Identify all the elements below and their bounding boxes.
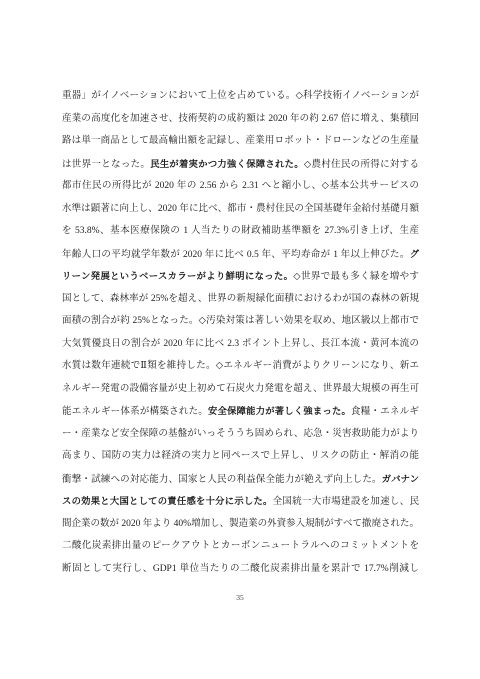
text-run: 都市住民の所得比が 2020 年の 2.56 から 2.31 へと縮小し、◇基本… — [62, 181, 419, 191]
text-line: 路は単一商品として最高輸出額を記録し、産業用ロボット・ドローンなどの生産量 — [62, 130, 419, 153]
text-line: は世界一となった。民生が着実かつ力強く保障された。◇農村住民の所得に対する — [62, 153, 419, 176]
text-run: 水質は数年連続でⅡ類を維持した。◇エネルギー消費がよりクリーンになり、新エ — [62, 361, 419, 371]
text-line: ネルギー発電の設備容量が史上初めて石炭火力発電を超え、世界最大規模の再生可 — [62, 378, 419, 401]
text-run: 大気質優良日の割合が 2020 年に比べ 2.3 ポイント上昇し、長江本流・黄河… — [62, 339, 419, 349]
text-line: 年齢人口の平均就学年数が 2020 年に比べ 0.5 年、平均寿命が 1 年以上… — [62, 243, 419, 266]
text-run: を 53.8%、基本医療保険の 1 人当たりの財政補助基準額を 27.3%引き上… — [62, 226, 419, 236]
text-line: 大気質優良日の割合が 2020 年に比べ 2.3 ポイント上昇し、長江本流・黄河… — [62, 333, 419, 356]
text-run: 間企業の数が 2020 年より 40%増加し、製造業の外資参入規制がすべて撤廃さ… — [62, 519, 419, 529]
text-line: 重器」がイノベーションにおいて上位を占めている。◇科学技術イノベーションが — [62, 85, 419, 108]
text-run: 年齢人口の平均就学年数が 2020 年に比べ 0.5 年、平均寿命が 1 年以上… — [62, 250, 410, 260]
text-run: 食糧・エネルギ — [351, 407, 419, 417]
text-line: 能エネルギー体系が構築された。安全保障能力が著しく強まった。食糧・エネルギ — [62, 400, 419, 423]
text-line: ー・産業など安全保障の基盤がいっそううち固められ、応急・災害救助能力がより — [62, 423, 419, 446]
text-run: 高まり、国防の実力は経済の実力と同ペースで上昇し、リスクの防止・解消の能力、 — [62, 451, 419, 468]
text-run: 面積の割合が約 25%となった。◇汚染対策は著しい効果を収め、地区級以上都市で — [62, 316, 419, 326]
text-line: リーン発展というベースカラーがより鮮明になった。◇世界で最も多く緑を増やす — [62, 265, 419, 288]
text-line: 国として、森林率が 25%を超え、世界の新規緑化面積におけるわが国の森林の新規 — [62, 288, 419, 311]
text-run: 断固として実行し、GDP1 単位当たりの二酸化炭素排出量を累計で 17.7%削減… — [62, 564, 419, 581]
emphasis-text-run: グ — [410, 249, 419, 259]
text-line: 高まり、国防の実力は経済の実力と同ペースで上昇し、リスクの防止・解消の能力、 — [62, 445, 419, 468]
text-line: を 53.8%、基本医療保険の 1 人当たりの財政補助基準額を 27.3%引き上… — [62, 220, 419, 243]
text-line: 間企業の数が 2020 年より 40%増加し、製造業の外資参入規制がすべて撤廃さ… — [62, 513, 419, 536]
text-run: 全国統一大市場建設を加速し、民 — [273, 497, 419, 507]
text-run: ネルギー発電の設備容量が史上初めて石炭火力発電を超え、世界最大規模の再生可 — [62, 384, 419, 394]
text-run: ◇世界で最も多く緑を増やす — [293, 272, 419, 282]
text-line: 断固として実行し、GDP1 単位当たりの二酸化炭素排出量を累計で 17.7%削減… — [62, 558, 419, 581]
text-run: 二酸化炭素排出量のピークアウトとカーボンニュートラルへのコミットメントを — [62, 541, 419, 551]
text-line: 二酸化炭素排出量のピークアウトとカーボンニュートラルへのコミットメントを — [62, 535, 419, 558]
text-run: 国として、森林率が 25%を超え、世界の新規緑化面積におけるわが国の森林の新規 — [62, 294, 419, 304]
text-line: 面積の割合が約 25%となった。◇汚染対策は著しい効果を収め、地区級以上都市で — [62, 310, 419, 333]
text-run: 路は単一商品として最高輸出額を記録し、産業用ロボット・ドローンなどの生産量 — [62, 136, 419, 146]
text-line: スの効果と大国としての責任感を十分に示した。全国統一大市場建設を加速し、民 — [62, 490, 419, 513]
emphasis-text-run: リーン発展というベースカラーがより鮮明になった。 — [62, 271, 293, 281]
text-run: は世界一となった。 — [62, 160, 150, 170]
text-line: 都市住民の所得比が 2020 年の 2.56 から 2.31 へと縮小し、◇基本… — [62, 175, 419, 198]
text-line: 水質は数年連続でⅡ類を維持した。◇エネルギー消費がよりクリーンになり、新エ — [62, 355, 419, 378]
text-line: 産業の高度化を加速させ、技術契約の成約額は 2020 年の約 2.67 倍に増え… — [62, 108, 419, 131]
page-number: 35 — [0, 593, 480, 602]
emphasis-text-run: 民生が着実かつ力強く保障された。 — [150, 159, 304, 169]
emphasis-text-run: スの効果と大国としての責任感を十分に示した。 — [62, 496, 273, 506]
text-run: ◇農村住民の所得に対する — [304, 160, 419, 170]
text-run: 重器」がイノベーションにおいて上位を占めている。◇科学技術イノベーションが — [62, 91, 419, 101]
paragraph-block: 重器」がイノベーションにおいて上位を占めている。◇科学技術イノベーションが産業の… — [62, 85, 419, 580]
text-run: ー・産業など安全保障の基盤がいっそううち固められ、応急・災害救助能力がより — [62, 429, 419, 439]
text-run: 水準は顕著に向上し、2020 年に比べ、都市・農村住民の全国基礎年金給付基礎月額 — [62, 204, 419, 214]
text-line: 衝撃・試練への対応能力、国家と人民の利益保全能力が絶えず向上した。ガバナン — [62, 468, 419, 491]
text-line: 水準は顕著に向上し、2020 年に比べ、都市・農村住民の全国基礎年金給付基礎月額 — [62, 198, 419, 221]
text-run: 衝撃・試練への対応能力、国家と人民の利益保全能力が絶えず向上した。 — [62, 475, 382, 485]
emphasis-text-run: 安全保障能力が著しく強まった。 — [208, 406, 351, 416]
text-run: 産業の高度化を加速させ、技術契約の成約額は 2020 年の約 2.67 倍に増え… — [62, 114, 419, 124]
document-page: 重器」がイノベーションにおいて上位を占めている。◇科学技術イノベーションが産業の… — [0, 0, 480, 679]
emphasis-text-run: ガバナン — [382, 474, 419, 484]
text-run: 能エネルギー体系が構築された。 — [62, 407, 208, 417]
